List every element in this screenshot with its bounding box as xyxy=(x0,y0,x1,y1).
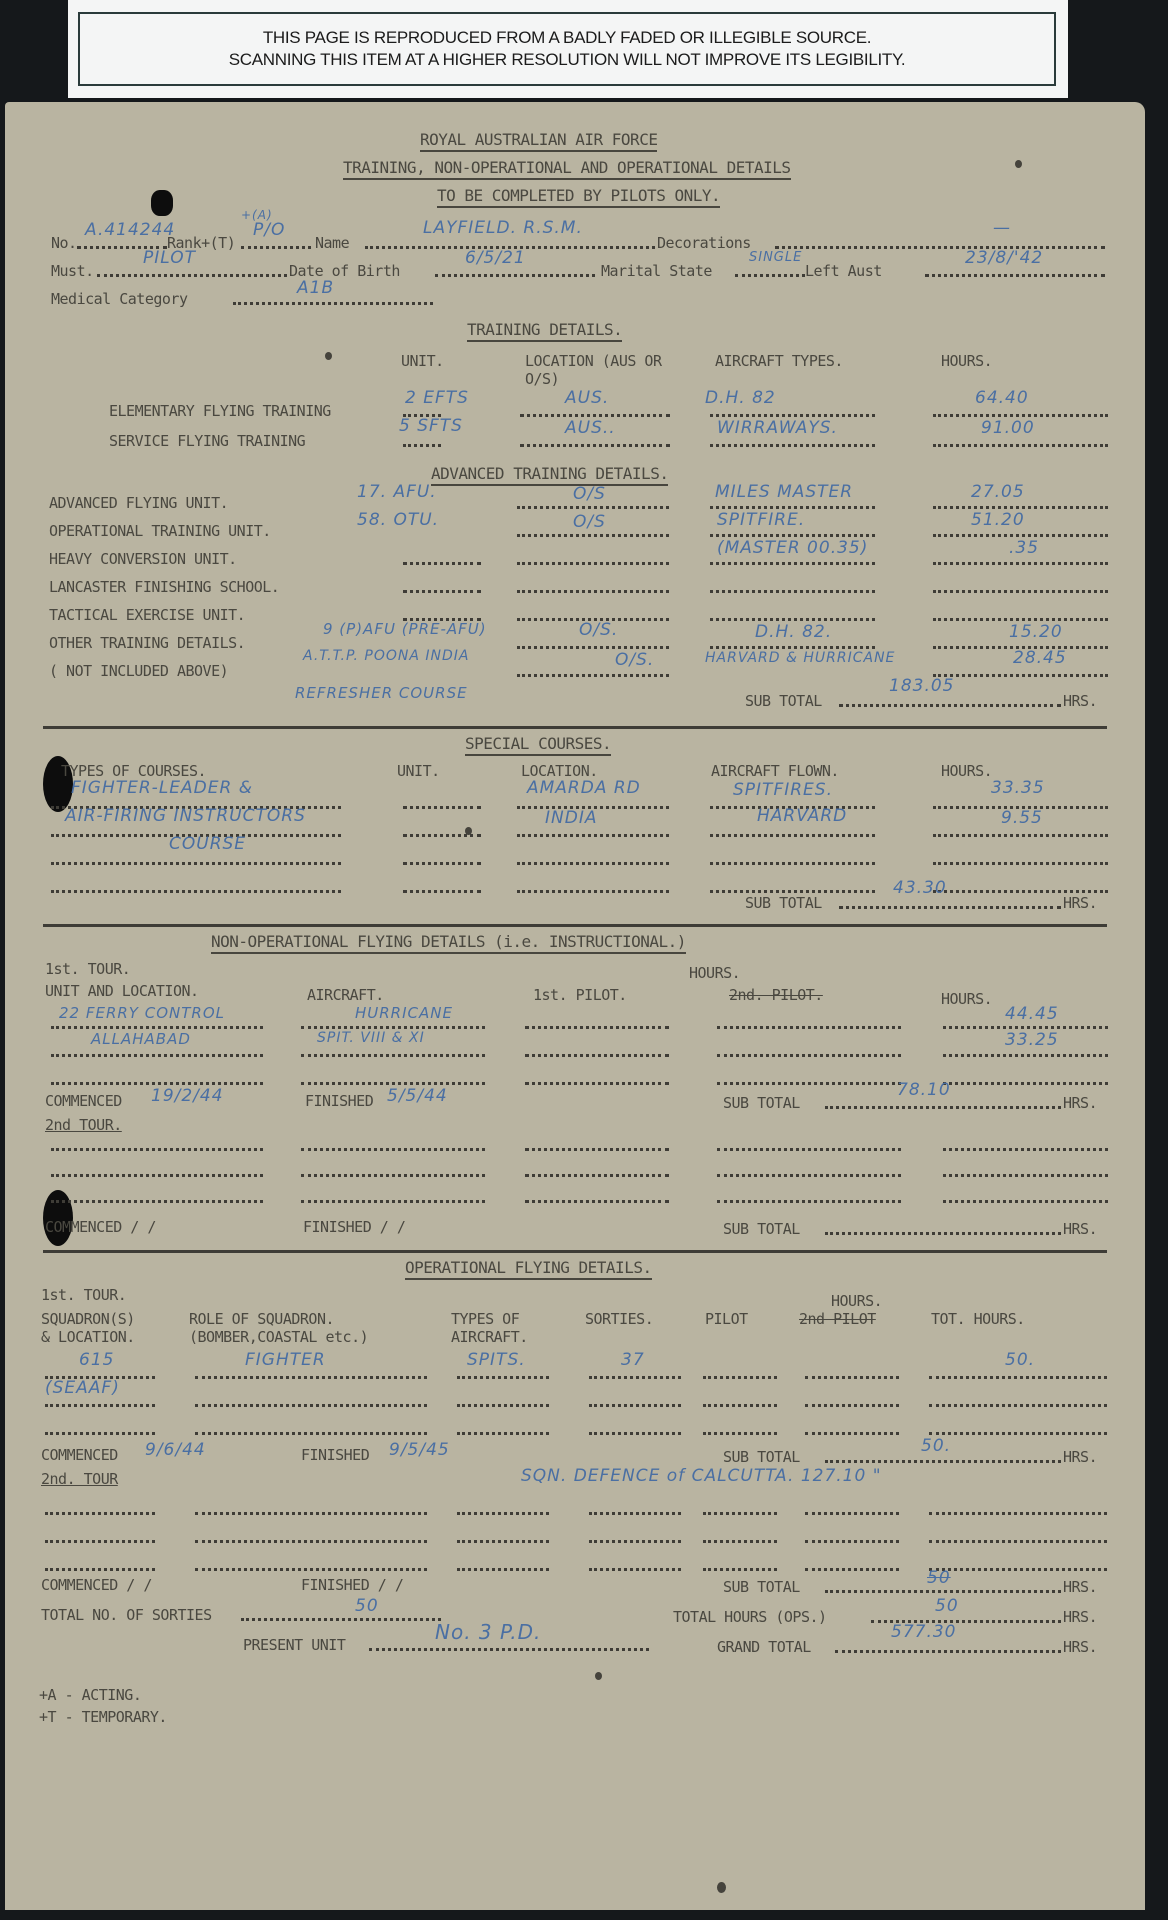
ops-tour2-subtotal-label: SUB TOTAL xyxy=(723,1578,800,1596)
hcu-aircraft: (MASTER 00.35) xyxy=(717,538,868,558)
col-nonop-aircraft: AIRCRAFT. xyxy=(307,986,384,1004)
ops-commenced-value: 9/6/44 xyxy=(145,1440,206,1460)
teu-label: TACTICAL EXERCISE UNIT. xyxy=(49,606,245,624)
special-subtotal-unit: HRS. xyxy=(1063,894,1097,912)
eft-aircraft: D.H. 82 xyxy=(705,388,776,408)
legibility-notice: THIS PAGE IS REPRODUCED FROM A BADLY FAD… xyxy=(78,12,1056,86)
ops-commenced-label: COMMENCED xyxy=(41,1446,118,1464)
col-aircraft: AIRCRAFT TYPES. xyxy=(715,352,845,370)
operational-heading: OPERATIONAL FLYING DETAILS. xyxy=(405,1258,652,1280)
notice-line-2: SCANNING THIS ITEM AT A HIGHER RESOLUTIO… xyxy=(229,49,906,71)
eft-location: AUS. xyxy=(565,388,609,408)
ink-blot xyxy=(151,190,173,216)
course-aircraft-1: SPITFIRES. xyxy=(733,780,833,800)
ops-tour1-label: 1st. TOUR. xyxy=(41,1286,126,1304)
service-no-value: A.414244 xyxy=(85,220,175,240)
course-location-2: INDIA xyxy=(545,808,597,828)
grand-total-value: 577.30 xyxy=(891,1622,956,1642)
afu-location: O/S xyxy=(573,484,606,504)
marital-value: SINGLE xyxy=(749,250,802,265)
other-training-location: O/S. xyxy=(579,620,618,640)
rank-value: P/O xyxy=(253,220,285,240)
training-heading: TRAINING DETAILS. xyxy=(467,320,622,342)
ops-tour2-label: 2nd. TOUR xyxy=(41,1470,118,1488)
col-unit-location: UNIT AND LOCATION. xyxy=(45,982,199,1000)
col-aircraft-types: TYPES OF AIRCRAFT. xyxy=(451,1310,551,1346)
nonop-hours-group: HOURS. xyxy=(689,964,740,982)
advanced-subtotal-value: 183.05 xyxy=(889,676,954,696)
nonop-tour2-subtotal-unit: HRS. xyxy=(1063,1220,1097,1238)
medical-value: A1B xyxy=(297,278,334,298)
ops-subtotal-value: 50. xyxy=(921,1436,951,1456)
ops-hours-group: HOURS. xyxy=(831,1292,882,1310)
col-location: LOCATION (AUS OR O/S) xyxy=(525,352,675,388)
present-unit-label: PRESENT UNIT xyxy=(243,1636,345,1654)
nonop-tour2-label: 2nd TOUR. xyxy=(45,1116,122,1134)
col-unit: UNIT. xyxy=(401,352,444,370)
left-aust-label: Left Aust xyxy=(805,262,882,280)
attp-location: O/S. xyxy=(615,650,654,670)
course-location-1: AMARDA RD xyxy=(527,778,641,798)
attp-aircraft: HARVARD & HURRICANE xyxy=(705,650,895,666)
total-hours-ops-label: TOTAL HOURS (OPS.) xyxy=(673,1608,827,1626)
ops-tour2-commenced: COMMENCED / / xyxy=(41,1576,152,1594)
mustering-value: PILOT xyxy=(143,248,196,268)
attp-hours: 28.45 xyxy=(1013,648,1067,668)
afu-hours: 27.05 xyxy=(971,482,1025,502)
eft-label: ELEMENTARY FLYING TRAINING xyxy=(109,402,331,420)
ops-finished-value: 9/5/45 xyxy=(389,1440,450,1460)
total-hours-ops-value: 50 xyxy=(935,1596,959,1616)
nonop-subtotal-value: 78.10 xyxy=(897,1080,951,1100)
medical-label: Medical Category xyxy=(51,290,188,308)
left-aust-value: 23/8/'42 xyxy=(965,248,1043,268)
nonop-aircraft-2: SPIT. VIII & XI xyxy=(317,1030,425,1046)
ops-tot-hours-1: 50. xyxy=(1005,1350,1035,1370)
advanced-subtotal-label: SUB TOTAL xyxy=(745,692,822,710)
col-squadron: SQUADRON(S) & LOCATION. xyxy=(41,1310,151,1346)
ops-tour2-subtotal-value: 50 xyxy=(927,1568,951,1588)
ops-aircraft-1: SPITS. xyxy=(467,1350,526,1370)
ops-sorties-1: 37 xyxy=(621,1350,645,1370)
col-aircraft-flown: AIRCRAFT FLOWN. xyxy=(711,762,839,780)
not-included-label: ( NOT INCLUDED ABOVE) xyxy=(49,662,228,680)
sft-aircraft: WIRRAWAYS. xyxy=(717,418,838,438)
col-hours: HOURS. xyxy=(941,352,992,370)
sft-hours: 91.00 xyxy=(981,418,1035,438)
nonop-tour2-finished: FINISHED / / xyxy=(303,1218,405,1236)
special-heading: SPECIAL COURSES. xyxy=(465,734,611,756)
otu-aircraft: SPITFIRE. xyxy=(717,510,805,530)
col-role: ROLE OF SQUADRON. (BOMBER,COASTAL etc.) xyxy=(189,1310,429,1346)
course-type-3: COURSE xyxy=(169,834,246,854)
course-type-1: FIGHTER-LEADER & xyxy=(71,778,253,798)
otu-hours: 51.20 xyxy=(971,510,1025,530)
nonop-finished-value: 5/5/44 xyxy=(387,1086,448,1106)
course-hours-1: 33.35 xyxy=(991,778,1045,798)
advanced-heading: ADVANCED TRAINING DETAILS. xyxy=(431,464,668,486)
nonop-unit-1: 22 FERRY CONTROL xyxy=(59,1004,225,1022)
nonop-hours-1: 44.45 xyxy=(1005,1004,1059,1024)
nonop-commenced-label: COMMENCED xyxy=(45,1092,122,1110)
otu-label: OPERATIONAL TRAINING UNIT. xyxy=(49,522,271,540)
form-page: ROYAL AUSTRALIAN AIR FORCE TRAINING, NON… xyxy=(5,102,1145,1910)
afu-label: ADVANCED FLYING UNIT. xyxy=(49,494,228,512)
ops-squadron-1: 615 xyxy=(79,1350,114,1370)
eft-hours: 64.40 xyxy=(975,388,1029,408)
afu-unit: 17. AFU. xyxy=(357,482,437,502)
hcu-label: HEAVY CONVERSION UNIT. xyxy=(49,550,237,568)
name-value: LAYFIELD. R.S.M. xyxy=(423,218,583,238)
refresher-course-note: REFRESHER COURSE xyxy=(295,684,468,702)
col-first-pilot: 1st. PILOT. xyxy=(533,986,627,1004)
ops-role-1: FIGHTER xyxy=(245,1350,326,1370)
nonop-heading: NON-OPERATIONAL FLYING DETAILS (i.e. INS… xyxy=(211,932,686,954)
nonop-unit-2: ALLAHABAD xyxy=(91,1030,191,1048)
special-subtotal-value: 43.30 xyxy=(893,878,947,898)
sft-unit: 5 SFTS xyxy=(399,416,463,436)
other-training-unit: 9 (P)AFU (PRE-AFU) xyxy=(323,620,487,638)
col-2nd-pilot: 2nd PILOT xyxy=(799,1310,876,1328)
sft-label: SERVICE FLYING TRAINING xyxy=(109,432,305,450)
nonop-commenced-value: 19/2/44 xyxy=(151,1086,224,1106)
special-subtotal-label: SUB TOTAL xyxy=(745,894,822,912)
nonop-subtotal-label: SUB TOTAL xyxy=(723,1094,800,1112)
course-hours-2: 9.55 xyxy=(1001,808,1043,828)
org-title: ROYAL AUSTRALIAN AIR FORCE xyxy=(420,130,657,152)
form-title: TRAINING, NON-OPERATIONAL AND OPERATIONA… xyxy=(343,158,791,180)
present-unit-value: No. 3 P.D. xyxy=(435,1620,541,1644)
col-sorties: SORTIES. xyxy=(585,1310,653,1328)
calcutta-defence-annotation: SQN. DEFENCE of CALCUTTA. 127.10 " xyxy=(521,1466,882,1486)
footnote-acting: +A - ACTING. xyxy=(39,1686,141,1704)
total-sorties-value: 50 xyxy=(355,1596,379,1616)
ops-subtotal-label: SUB TOTAL xyxy=(723,1448,800,1466)
col-second-pilot: 2nd. PILOT. xyxy=(729,986,823,1004)
nonop-hours-2: 33.25 xyxy=(1005,1030,1059,1050)
nonop-tour1-label: 1st. TOUR. xyxy=(45,960,130,978)
ops-squadron-2: (SEAAF) xyxy=(45,1378,120,1398)
nonop-tour2-commenced: COMMENCED / / xyxy=(45,1218,156,1236)
decorations-value: — xyxy=(993,218,1011,238)
eft-unit: 2 EFTS xyxy=(405,388,469,408)
nonop-finished-label: FINISHED xyxy=(305,1092,373,1110)
ops-finished-label: FINISHED xyxy=(301,1446,369,1464)
legibility-notice-card: THIS PAGE IS REPRODUCED FROM A BADLY FAD… xyxy=(68,0,1068,98)
ops-tour2-finished: FINISHED / / xyxy=(301,1576,403,1594)
course-aircraft-2: HARVARD xyxy=(757,806,847,826)
otu-location: O/S xyxy=(573,512,606,532)
course-type-2: AIR-FIRING INSTRUCTORS xyxy=(65,806,306,826)
decorations-label: Decorations xyxy=(657,234,751,252)
total-hours-ops-unit: HRS. xyxy=(1063,1608,1097,1626)
otu-unit: 58. OTU. xyxy=(357,510,439,530)
notice-line-1: THIS PAGE IS REPRODUCED FROM A BADLY FAD… xyxy=(263,27,871,49)
other-training-aircraft: D.H. 82. xyxy=(755,622,832,642)
footnote-temporary: +T - TEMPORARY. xyxy=(39,1708,167,1726)
hcu-hours: .35 xyxy=(1009,538,1039,558)
form-subtitle: TO BE COMPLETED BY PILOTS ONLY. xyxy=(437,186,720,208)
nonop-subtotal-unit: HRS. xyxy=(1063,1094,1097,1112)
lfs-label: LANCASTER FINISHING SCHOOL. xyxy=(49,578,279,596)
nonop-tour2-subtotal-label: SUB TOTAL xyxy=(723,1220,800,1238)
col-course-unit: UNIT. xyxy=(397,762,440,780)
mustering-label: Must. xyxy=(51,262,94,280)
dob-value: 6/5/21 xyxy=(465,248,526,268)
other-training-hours: 15.20 xyxy=(1009,622,1063,642)
other-training-label: OTHER TRAINING DETAILS. xyxy=(49,634,245,652)
afu-aircraft: MILES MASTER xyxy=(715,482,853,502)
grand-total-label: GRAND TOTAL xyxy=(717,1638,811,1656)
col-course-hours: HOURS. xyxy=(941,762,992,780)
total-sorties-label: TOTAL NO. OF SORTIES xyxy=(41,1606,212,1624)
ops-tour2-subtotal-unit: HRS. xyxy=(1063,1578,1097,1596)
name-label: Name xyxy=(315,234,349,252)
ops-subtotal-unit: HRS. xyxy=(1063,1448,1097,1466)
service-no-label: No. xyxy=(51,234,77,252)
advanced-subtotal-unit: HRS. xyxy=(1063,692,1097,710)
sft-location: AUS.. xyxy=(565,418,616,438)
col-pilot: PILOT xyxy=(705,1310,748,1328)
nonop-aircraft-1: HURRICANE xyxy=(355,1004,453,1022)
marital-label: Marital State xyxy=(601,262,712,280)
grand-total-unit: HRS. xyxy=(1063,1638,1097,1656)
col-tot-hours: TOT. HOURS. xyxy=(931,1310,1025,1328)
attp-unit: A.T.T.P. POONA INDIA xyxy=(303,648,469,664)
col-nonop-hours: HOURS. xyxy=(941,990,992,1008)
